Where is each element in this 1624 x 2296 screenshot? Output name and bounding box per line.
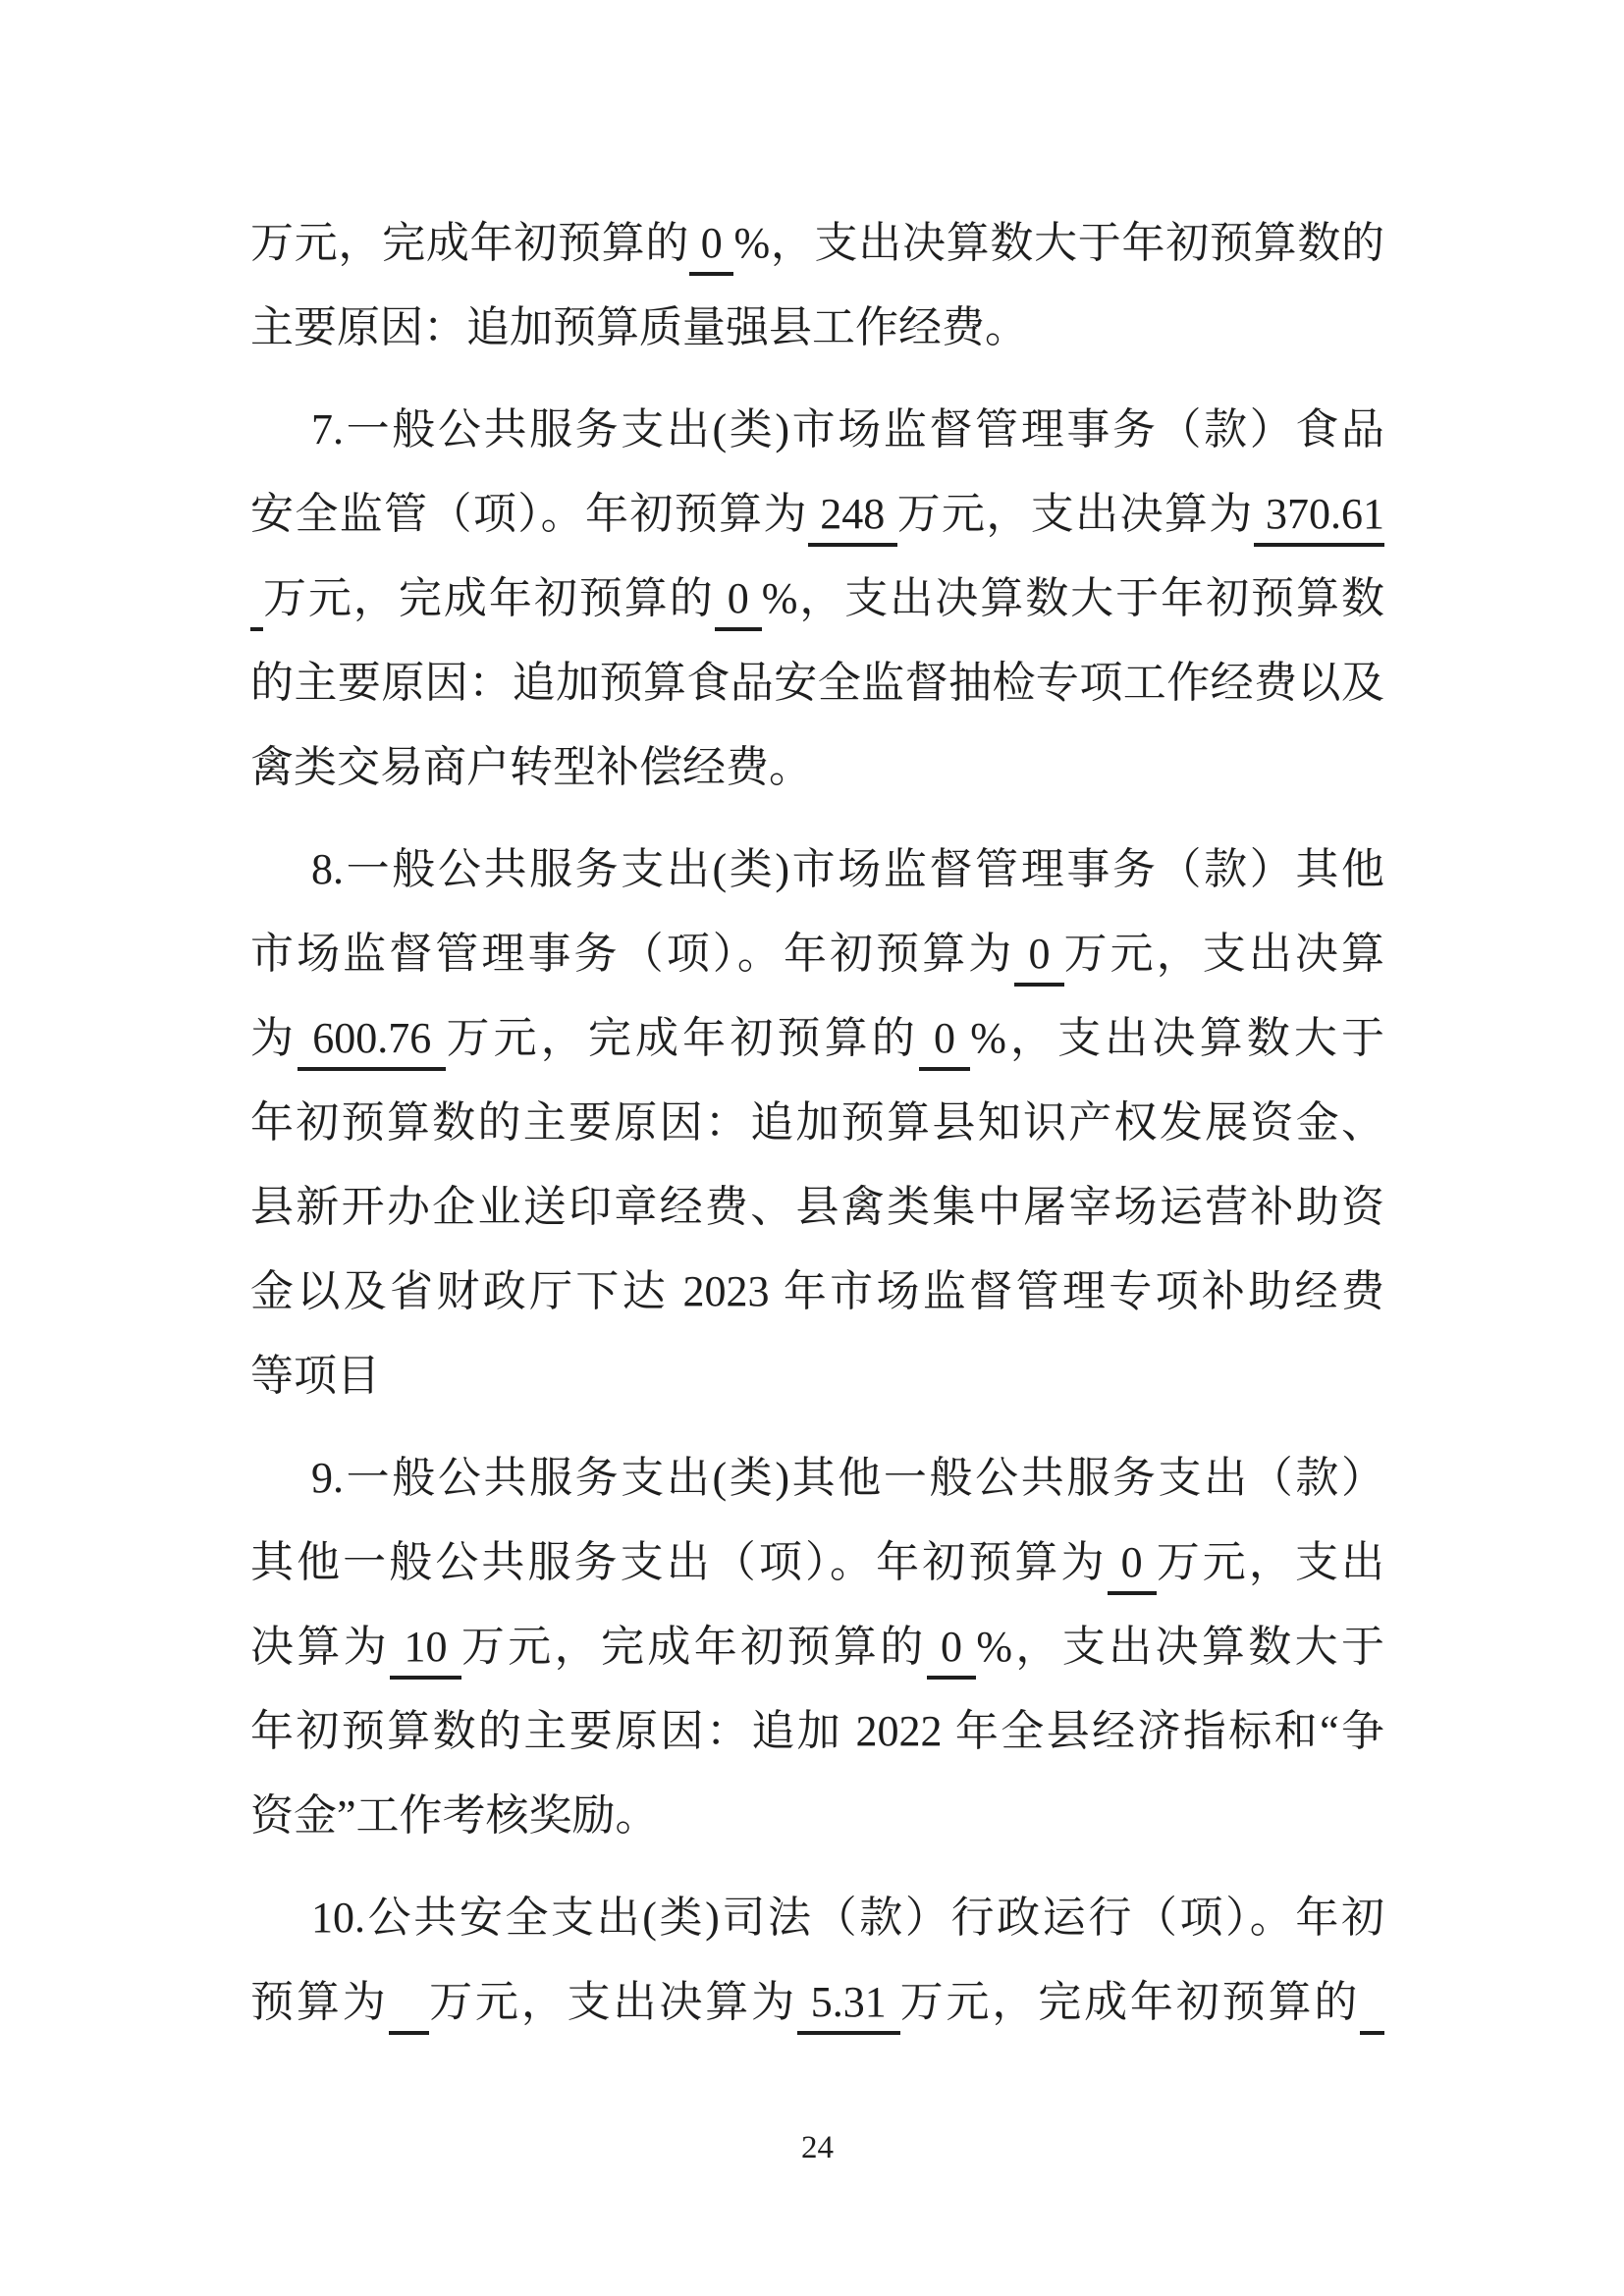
text-run: 等项目: [250, 1352, 380, 1400]
underlined-blank: [250, 574, 263, 631]
text-run: 万元，完成年初预算的: [263, 574, 715, 622]
text-line: 9.一般公共服务支出(类)其他一般公共服务支出（款）: [250, 1436, 1384, 1521]
text-run: 万元，完成年初预算的: [250, 219, 689, 267]
text-run: 金以及省财政厅下达 2023 年市场监督管理专项补助经费: [250, 1267, 1384, 1315]
text-run: 其他一般公共服务支出（项）。年初预算为: [250, 1538, 1108, 1586]
text-run: 万元，支出决算: [1064, 930, 1384, 978]
text-run: 9.一般公共服务支出(类)其他一般公共服务支出（款）: [311, 1454, 1384, 1502]
underlined-value: 5.31: [797, 1978, 900, 2035]
text-line: 10.公共安全支出(类)司法（款）行政运行（项）。年初: [250, 1876, 1384, 1960]
text-run: 禽类交易商户转型补偿经费。: [250, 743, 812, 791]
underlined-blank: [1360, 1978, 1384, 2035]
document-body: 万元，完成年初预算的 0 %，支出决算数大于年初预算数的 主要原因：追加预算质量…: [250, 201, 1384, 2045]
paragraph-6-continuation: 万元，完成年初预算的 0 %，支出决算数大于年初预算数的 主要原因：追加预算质量…: [250, 201, 1384, 370]
underlined-blank: [389, 1978, 430, 2035]
text-run: 万元，支出决算为: [897, 490, 1254, 538]
paragraph-8: 8.一般公共服务支出(类)市场监督管理事务（款）其他 市场监督管理事务（项）。年…: [250, 828, 1384, 1418]
underlined-value: 248: [808, 490, 897, 547]
underlined-value: 0: [715, 574, 762, 631]
text-run: 年初预算数的主要原因：追加 2022 年全县经济指标和“争: [250, 1707, 1384, 1755]
text-run: 主要原因：追加预算质量强县工作经费。: [250, 303, 1028, 351]
text-line: 万元，完成年初预算的 0 %，支出决算数大于年初预算数: [250, 557, 1384, 641]
text-run: 的主要原因：追加预算食品安全监督抽检专项工作经费以及: [250, 659, 1384, 707]
paragraph-7: 7.一般公共服务支出(类)市场监督管理事务（款）食品 安全监管（项）。年初预算为…: [250, 388, 1384, 810]
underlined-value: 0: [1108, 1538, 1157, 1595]
text-line: 市场监督管理事务（项）。年初预算为 0 万元，支出决算: [250, 912, 1384, 996]
underlined-value: 0: [1014, 930, 1063, 987]
text-line: 决算为 10 万元，完成年初预算的 0 %，支出决算数大于: [250, 1605, 1384, 1689]
text-run: 资金”工作考核奖励。: [250, 1791, 659, 1840]
text-line: 其他一般公共服务支出（项）。年初预算为 0 万元，支出: [250, 1521, 1384, 1605]
text-run: %，支出决算数大于年初预算数: [762, 574, 1384, 622]
text-run: 市场监督管理事务（项）。年初预算为: [250, 930, 1014, 978]
paragraph-10: 10.公共安全支出(类)司法（款）行政运行（项）。年初 预算为 万元，支出决算为…: [250, 1876, 1384, 2045]
text-line: 金以及省财政厅下达 2023 年市场监督管理专项补助经费: [250, 1250, 1384, 1334]
text-run: %，支出决算数大于: [976, 1623, 1384, 1671]
text-run: %，支出决算数大于: [970, 1014, 1384, 1062]
text-line: 万元，完成年初预算的 0 %，支出决算数大于年初预算数的: [250, 201, 1384, 286]
text-run: 7.一般公共服务支出(类)市场监督管理事务（款）食品: [311, 405, 1384, 454]
underlined-value: 370.61: [1254, 490, 1384, 547]
text-line: 预算为 万元，支出决算为 5.31 万元，完成年初预算的: [250, 1960, 1384, 2045]
text-line: 县新开办企业送印章经费、县禽类集中屠宰场运营补助资: [250, 1165, 1384, 1250]
text-line: 年初预算数的主要原因：追加预算县知识产权发展资金、: [250, 1081, 1384, 1165]
text-line: 为 600.76 万元，完成年初预算的 0 %，支出决算数大于: [250, 996, 1384, 1081]
text-run: 10.公共安全支出(类)司法（款）行政运行（项）。年初: [311, 1894, 1384, 1942]
text-run: 安全监管（项）。年初预算为: [250, 490, 808, 538]
underlined-value: 0: [919, 1014, 970, 1071]
text-run: 为: [250, 1014, 298, 1062]
underlined-value: 0: [927, 1623, 977, 1680]
text-line: 安全监管（项）。年初预算为 248 万元，支出决算为 370.61: [250, 472, 1384, 557]
text-line: 8.一般公共服务支出(类)市场监督管理事务（款）其他: [250, 828, 1384, 912]
text-run: 万元，完成年初预算的: [461, 1623, 927, 1671]
text-run: 县新开办企业送印章经费、县禽类集中屠宰场运营补助资: [250, 1183, 1384, 1231]
underlined-value: 600.76: [298, 1014, 446, 1071]
text-line: 禽类交易商户转型补偿经费。: [250, 725, 1384, 810]
underlined-value: 10: [390, 1623, 461, 1680]
text-line: 的主要原因：追加预算食品安全监督抽检专项工作经费以及: [250, 641, 1384, 725]
page-number: 24: [250, 2128, 1384, 2167]
text-line: 年初预算数的主要原因：追加 2022 年全县经济指标和“争: [250, 1689, 1384, 1774]
text-run: 年初预算数的主要原因：追加预算县知识产权发展资金、: [250, 1098, 1384, 1147]
text-line: 资金”工作考核奖励。: [250, 1774, 1384, 1858]
text-run: 万元，完成年初预算的: [446, 1014, 918, 1062]
document-page: 万元，完成年初预算的 0 %，支出决算数大于年初预算数的 主要原因：追加预算质量…: [0, 0, 1624, 2296]
text-run: 预算为: [250, 1978, 389, 2026]
text-line: 7.一般公共服务支出(类)市场监督管理事务（款）食品: [250, 388, 1384, 472]
text-run: %，支出决算数大于年初预算数的: [733, 219, 1384, 267]
underlined-value: 0: [689, 219, 733, 276]
text-run: 8.一般公共服务支出(类)市场监督管理事务（款）其他: [311, 845, 1384, 893]
text-run: 决算为: [250, 1623, 390, 1671]
text-line: 等项目: [250, 1334, 1384, 1418]
text-line: 主要原因：追加预算质量强县工作经费。: [250, 286, 1384, 370]
paragraph-9: 9.一般公共服务支出(类)其他一般公共服务支出（款） 其他一般公共服务支出（项）…: [250, 1436, 1384, 1858]
text-run: 万元，支出决算为: [429, 1978, 797, 2026]
text-run: 万元，支出: [1157, 1538, 1384, 1586]
text-run: 万元，完成年初预算的: [900, 1978, 1361, 2026]
